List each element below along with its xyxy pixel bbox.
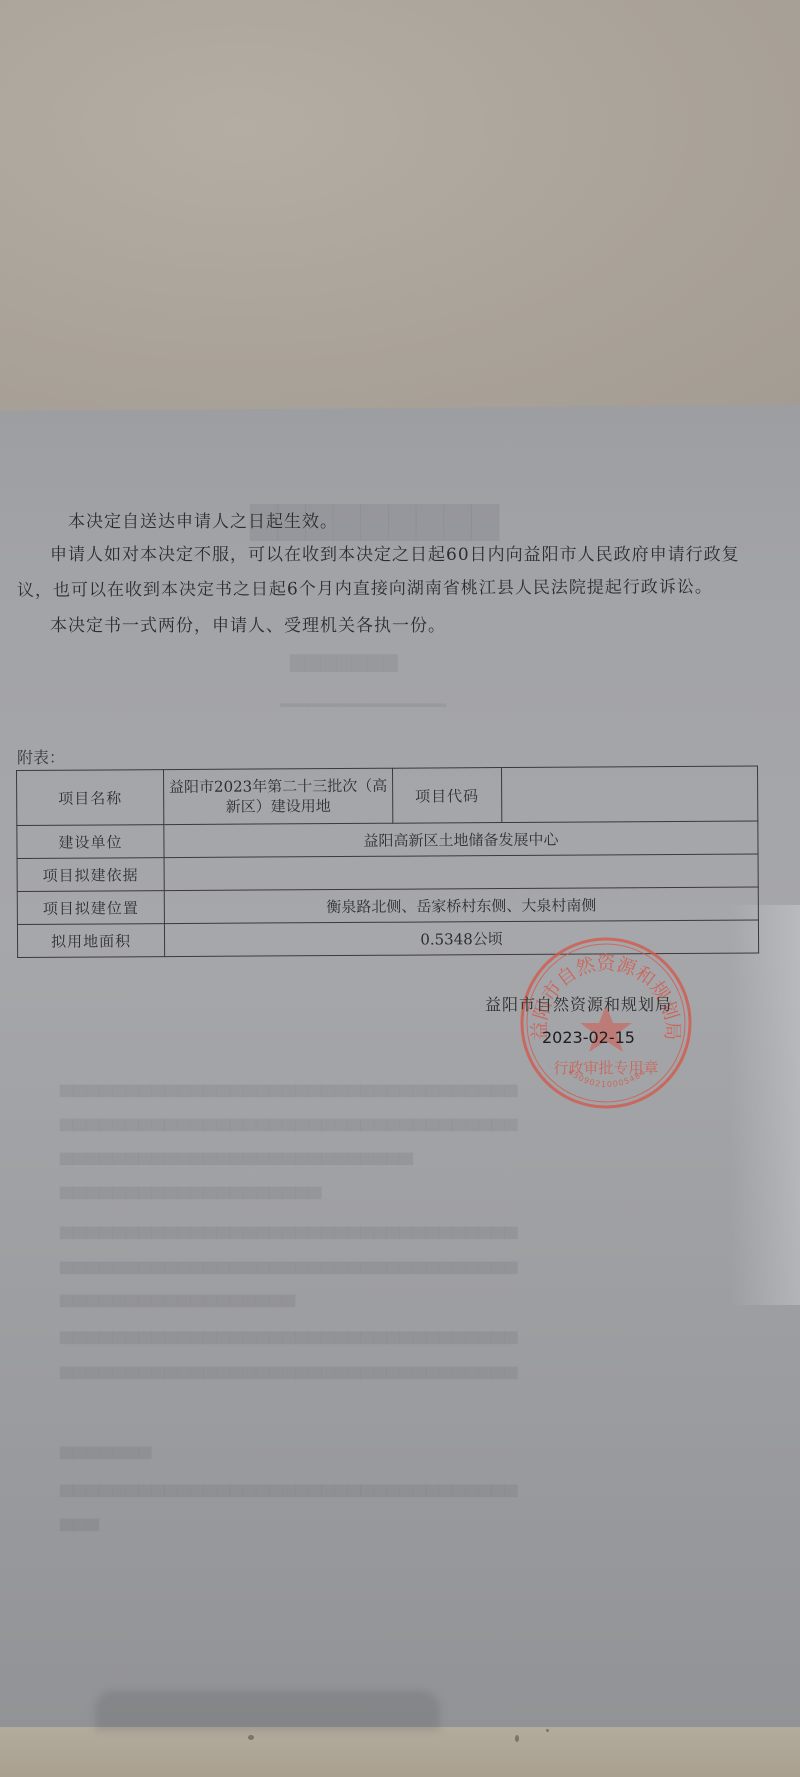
row-label: 项目名称 [17, 770, 164, 826]
appendix-table: 项目名称 益阳市2023年第二十三批次（高新区）建设用地 项目代码 建设单位 益… [16, 765, 759, 958]
attachment-label: 附表： [17, 745, 65, 768]
wall-background-bottom [0, 1725, 800, 1777]
official-seal-stamp: 益阳市自然资源和规划局 行政审批专用章 4309021000548​4 [518, 935, 694, 1111]
row-label: 拟用地面积 [17, 924, 164, 958]
paragraph-appeal-line1: 申请人如对本决定不服，可以在收到本决定之日起60日内向益阳市人民政府申请行政复 [50, 540, 740, 565]
hand-shadow [95, 1690, 440, 1730]
construction-unit-value: 益阳高新区土地储备发展中心 [164, 821, 758, 858]
wall-background-top [0, 0, 800, 420]
wall-speck [546, 1729, 549, 1732]
issue-date: 2023-02-15 [542, 1028, 635, 1047]
table-row: 建设单位 益阳高新区土地储备发展中心 [17, 821, 758, 859]
row-label: 项目拟建位置 [17, 891, 164, 925]
table-row: 项目拟建依据 [17, 854, 758, 892]
wall-speck [248, 1735, 254, 1740]
project-code-label: 项目代码 [392, 768, 501, 824]
row-label: 建设单位 [17, 825, 164, 859]
paragraph-copies: 本决定书一式两份，申请人、受理机关各执一份。 [50, 611, 446, 636]
project-code-value [501, 766, 757, 823]
paragraph-appeal-line2: 议，也可以在收到本决定书之日起6个月内直接向湖南省桃江县人民法院提起行政诉讼。 [17, 572, 713, 601]
construction-location-value: 衡泉路北侧、岳家桥村东侧、大泉村南侧 [164, 887, 758, 924]
wall-speck [515, 1735, 519, 1742]
project-name-value: 益阳市2023年第二十三批次（高新区）建设用地 [164, 768, 393, 824]
table-row: 项目名称 益阳市2023年第二十三批次（高新区）建设用地 项目代码 [17, 766, 758, 826]
table-row: 项目拟建位置 衡泉路北侧、岳家桥村东侧、大泉村南侧 [17, 887, 758, 925]
construction-basis-value [164, 854, 758, 891]
paragraph-effective: 本决定自送达申请人之日起生效。 [68, 507, 338, 532]
issuing-authority: 益阳市自然资源和规划局 [485, 992, 672, 1015]
row-label: 项目拟建依据 [17, 858, 164, 892]
